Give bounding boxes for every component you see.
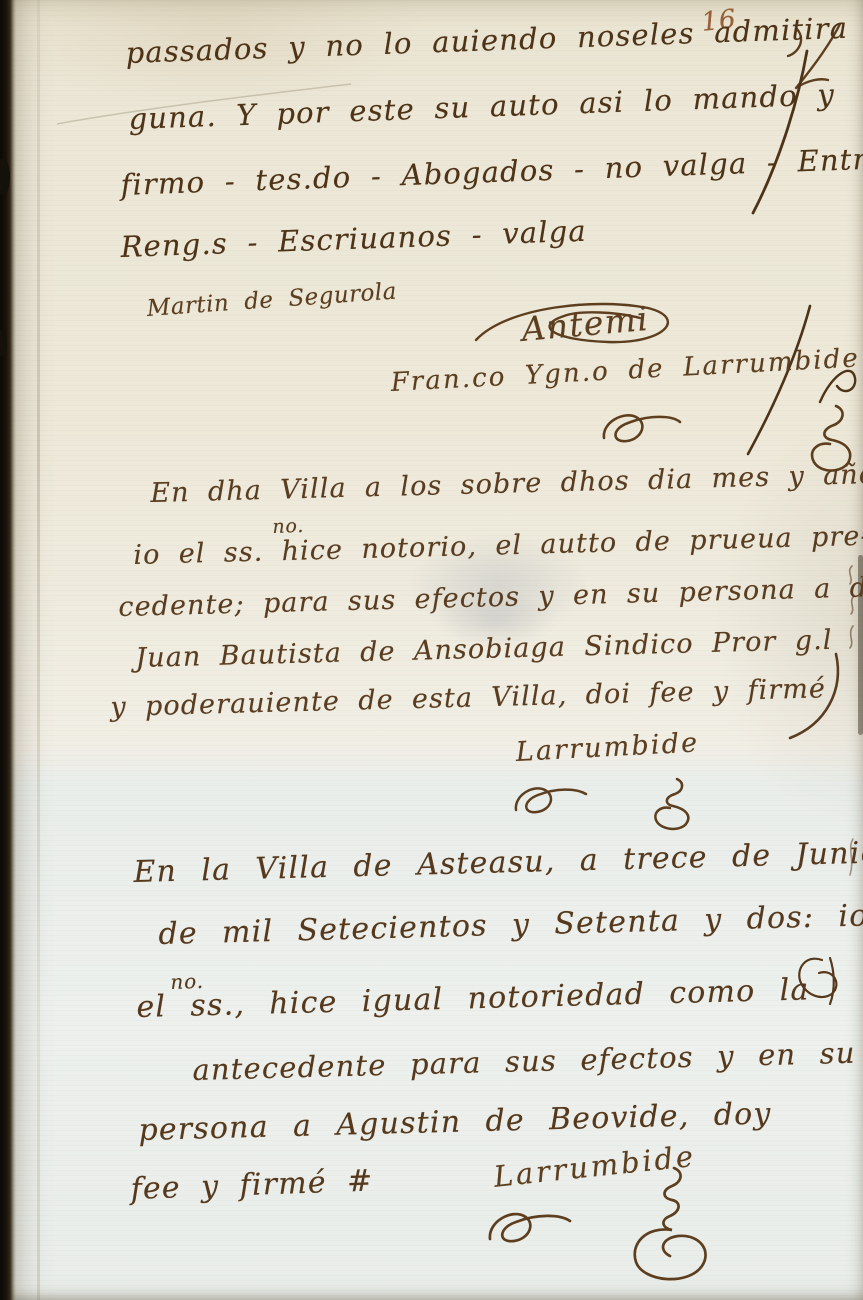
notif2-rubric-loop [626,1164,718,1289]
notif2-rubric-knot [486,1205,574,1249]
notif1-rubric-knot [512,780,590,820]
pen-swash [745,45,815,220]
pen-swash [778,650,848,745]
notif1-superscript: no. [272,515,304,538]
vertical-fold-crease [37,0,40,1300]
ante-mi-flourish [468,296,698,360]
notary-rubric-knot [600,406,685,448]
manuscript-page: 16 passados y no lo auiendo noseles admi… [0,0,863,1300]
notif1-rubric-loop [650,776,696,832]
